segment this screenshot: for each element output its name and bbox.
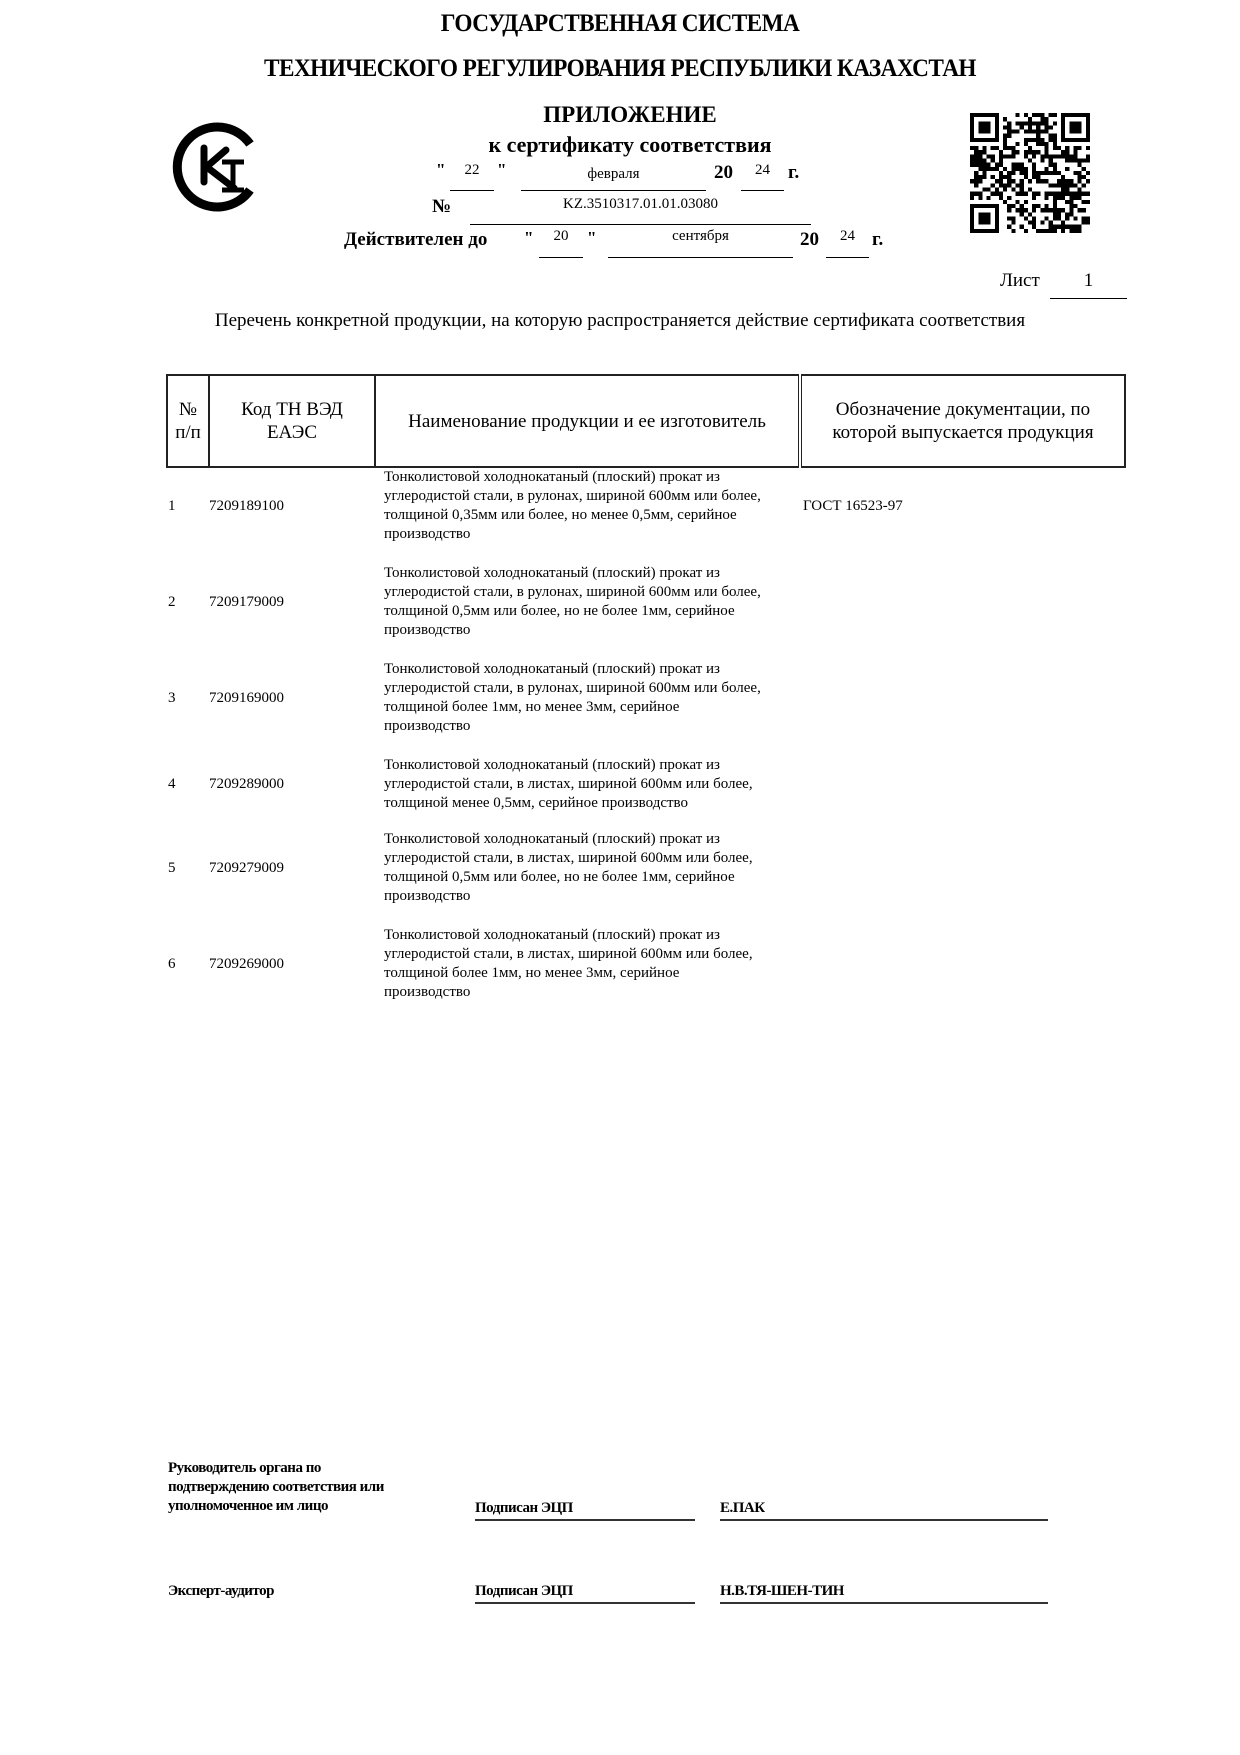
row-code: 7209289000	[208, 775, 374, 794]
issue-date-year: 24	[741, 162, 784, 191]
product-name-line: Тонколистовой холоднокатаный (плоский) п…	[384, 756, 798, 775]
expert-name: Н.В.ТЯ-ШЕН-ТИН	[720, 1580, 1048, 1604]
row-product-name: Тонколистовой холоднокатаный (плоский) п…	[374, 926, 798, 1002]
valid-until-quote-close: "	[587, 228, 596, 248]
valid-until-quote-open: "	[524, 228, 533, 248]
valid-until-century: 20	[800, 229, 819, 251]
header-product-name: Наименование продукции и ее изготовитель	[375, 375, 800, 467]
header-line-2: ТЕХНИЧЕСКОГО РЕГУЛИРОВАНИЯ РЕСПУБЛИКИ КА…	[43, 55, 1196, 83]
row-product-name: Тонколистовой холоднокатаный (плоский) п…	[374, 756, 798, 813]
product-name-line: толщиной 0,5мм или более, но не более 1м…	[384, 868, 798, 887]
valid-until-year: 24	[826, 228, 869, 258]
product-name-line: толщиной более 1мм, но менее 3мм, серийн…	[384, 964, 798, 983]
table-row: 17209189100Тонколистовой холоднокатаный …	[166, 468, 1126, 544]
valid-until-suffix: г.	[872, 229, 883, 251]
valid-until-month: сентября	[608, 228, 793, 258]
head-name: Е.ПАК	[720, 1497, 1048, 1521]
row-code: 7209269000	[208, 955, 374, 974]
product-name-line: Тонколистовой холоднокатаный (плоский) п…	[384, 468, 798, 487]
issue-date-month: февраля	[521, 166, 706, 191]
issue-date-day: 22	[450, 162, 494, 191]
product-name-line: толщиной более 1мм, но менее 3мм, серийн…	[384, 698, 798, 717]
product-name-line: углеродистой стали, в рулонах, шириной 6…	[384, 583, 798, 602]
row-code: 7209179009	[208, 593, 374, 612]
expert-role: Эксперт-аудитор	[168, 1583, 274, 1600]
head-signature: Подписан ЭЦП	[475, 1497, 695, 1521]
header-documentation: Обозначение документации, по которой вып…	[800, 375, 1125, 467]
product-name-line: углеродистой стали, в листах, шириной 60…	[384, 775, 798, 794]
header-line-1: ГОСУДАРСТВЕННАЯ СИСТЕМА	[43, 10, 1196, 38]
product-name-line: углеродистой стали, в рулонах, шириной 6…	[384, 487, 798, 506]
product-name-line: толщиной 0,35мм или более, но менее 0,5м…	[384, 506, 798, 525]
row-code: 7209279009	[208, 859, 374, 878]
product-name-line: углеродистой стали, в листах, шириной 60…	[384, 849, 798, 868]
product-name-line: производство	[384, 983, 798, 1002]
product-name-line: Тонколистовой холоднокатаный (плоский) п…	[384, 564, 798, 583]
product-table-body: 17209189100Тонколистовой холоднокатаный …	[166, 468, 1126, 1002]
row-number: 4	[166, 775, 208, 794]
certificate-number: KZ.3510317.01.01.03080	[470, 196, 811, 225]
row-number: 5	[166, 859, 208, 878]
row-product-name: Тонколистовой холоднокатаный (плоский) п…	[374, 564, 798, 640]
table-row: 27209179009Тонколистовой холоднокатаный …	[166, 564, 1126, 640]
product-name-line: производство	[384, 717, 798, 736]
product-name-line: толщиной менее 0,5мм, серийное производс…	[384, 794, 798, 813]
row-number: 6	[166, 955, 208, 974]
row-code: 7209169000	[208, 689, 374, 708]
sheet-label: Лист	[1000, 270, 1040, 292]
issue-date-quote-open: "	[436, 160, 445, 180]
issue-date-suffix: г.	[788, 162, 799, 184]
expert-signature: Подписан ЭЦП	[475, 1580, 695, 1604]
product-name-line: Тонколистовой холоднокатаный (плоский) п…	[384, 830, 798, 849]
table-row: 57209279009Тонколистовой холоднокатаный …	[166, 830, 1126, 906]
annex-subtitle: к сертификату соответствия	[420, 132, 840, 158]
product-table-header: № п/п Код ТН ВЭД ЕАЭС Наименование проду…	[166, 374, 1126, 468]
product-list-caption: Перечень конкретной продукции, на котору…	[0, 310, 1240, 332]
certificate-number-label: №	[432, 196, 451, 218]
row-number: 1	[166, 497, 208, 516]
row-product-name: Тонколистовой холоднокатаный (плоский) п…	[374, 660, 798, 736]
qr-code-icon	[970, 113, 1090, 233]
sheet-number: 1	[1050, 270, 1127, 299]
row-product-name: Тонколистовой холоднокатаный (плоский) п…	[374, 830, 798, 906]
product-name-line: Тонколистовой холоднокатаный (плоский) п…	[384, 926, 798, 945]
product-name-line: углеродистой стали, в листах, шириной 60…	[384, 945, 798, 964]
table-row: 37209169000Тонколистовой холоднокатаный …	[166, 660, 1126, 736]
header-code: Код ТН ВЭД ЕАЭС	[209, 375, 375, 467]
annex-title: ПРИЛОЖЕНИЕ	[420, 102, 840, 128]
product-name-line: Тонколистовой холоднокатаный (плоский) п…	[384, 660, 798, 679]
issue-date-quote-close: "	[497, 160, 506, 180]
row-number: 2	[166, 593, 208, 612]
kz-conformity-mark-icon	[172, 122, 258, 212]
product-name-line: толщиной 0,5мм или более, но не более 1м…	[384, 602, 798, 621]
issue-date-century: 20	[714, 162, 733, 184]
row-documentation: ГОСТ 16523-97	[798, 497, 1098, 516]
header-num: № п/п	[167, 375, 209, 467]
row-code: 7209189100	[208, 497, 374, 516]
row-product-name: Тонколистовой холоднокатаный (плоский) п…	[374, 468, 798, 544]
valid-until-day: 20	[539, 228, 583, 258]
table-row: 67209269000Тонколистовой холоднокатаный …	[166, 926, 1126, 1002]
row-number: 3	[166, 689, 208, 708]
product-name-line: производство	[384, 525, 798, 544]
product-name-line: углеродистой стали, в рулонах, шириной 6…	[384, 679, 798, 698]
product-name-line: производство	[384, 887, 798, 906]
head-role: Руководитель органа по подтверждению соо…	[168, 1459, 384, 1516]
product-name-line: производство	[384, 621, 798, 640]
valid-until-label: Действителен до	[344, 229, 487, 251]
table-row: 47209289000Тонколистовой холоднокатаный …	[166, 756, 1126, 813]
